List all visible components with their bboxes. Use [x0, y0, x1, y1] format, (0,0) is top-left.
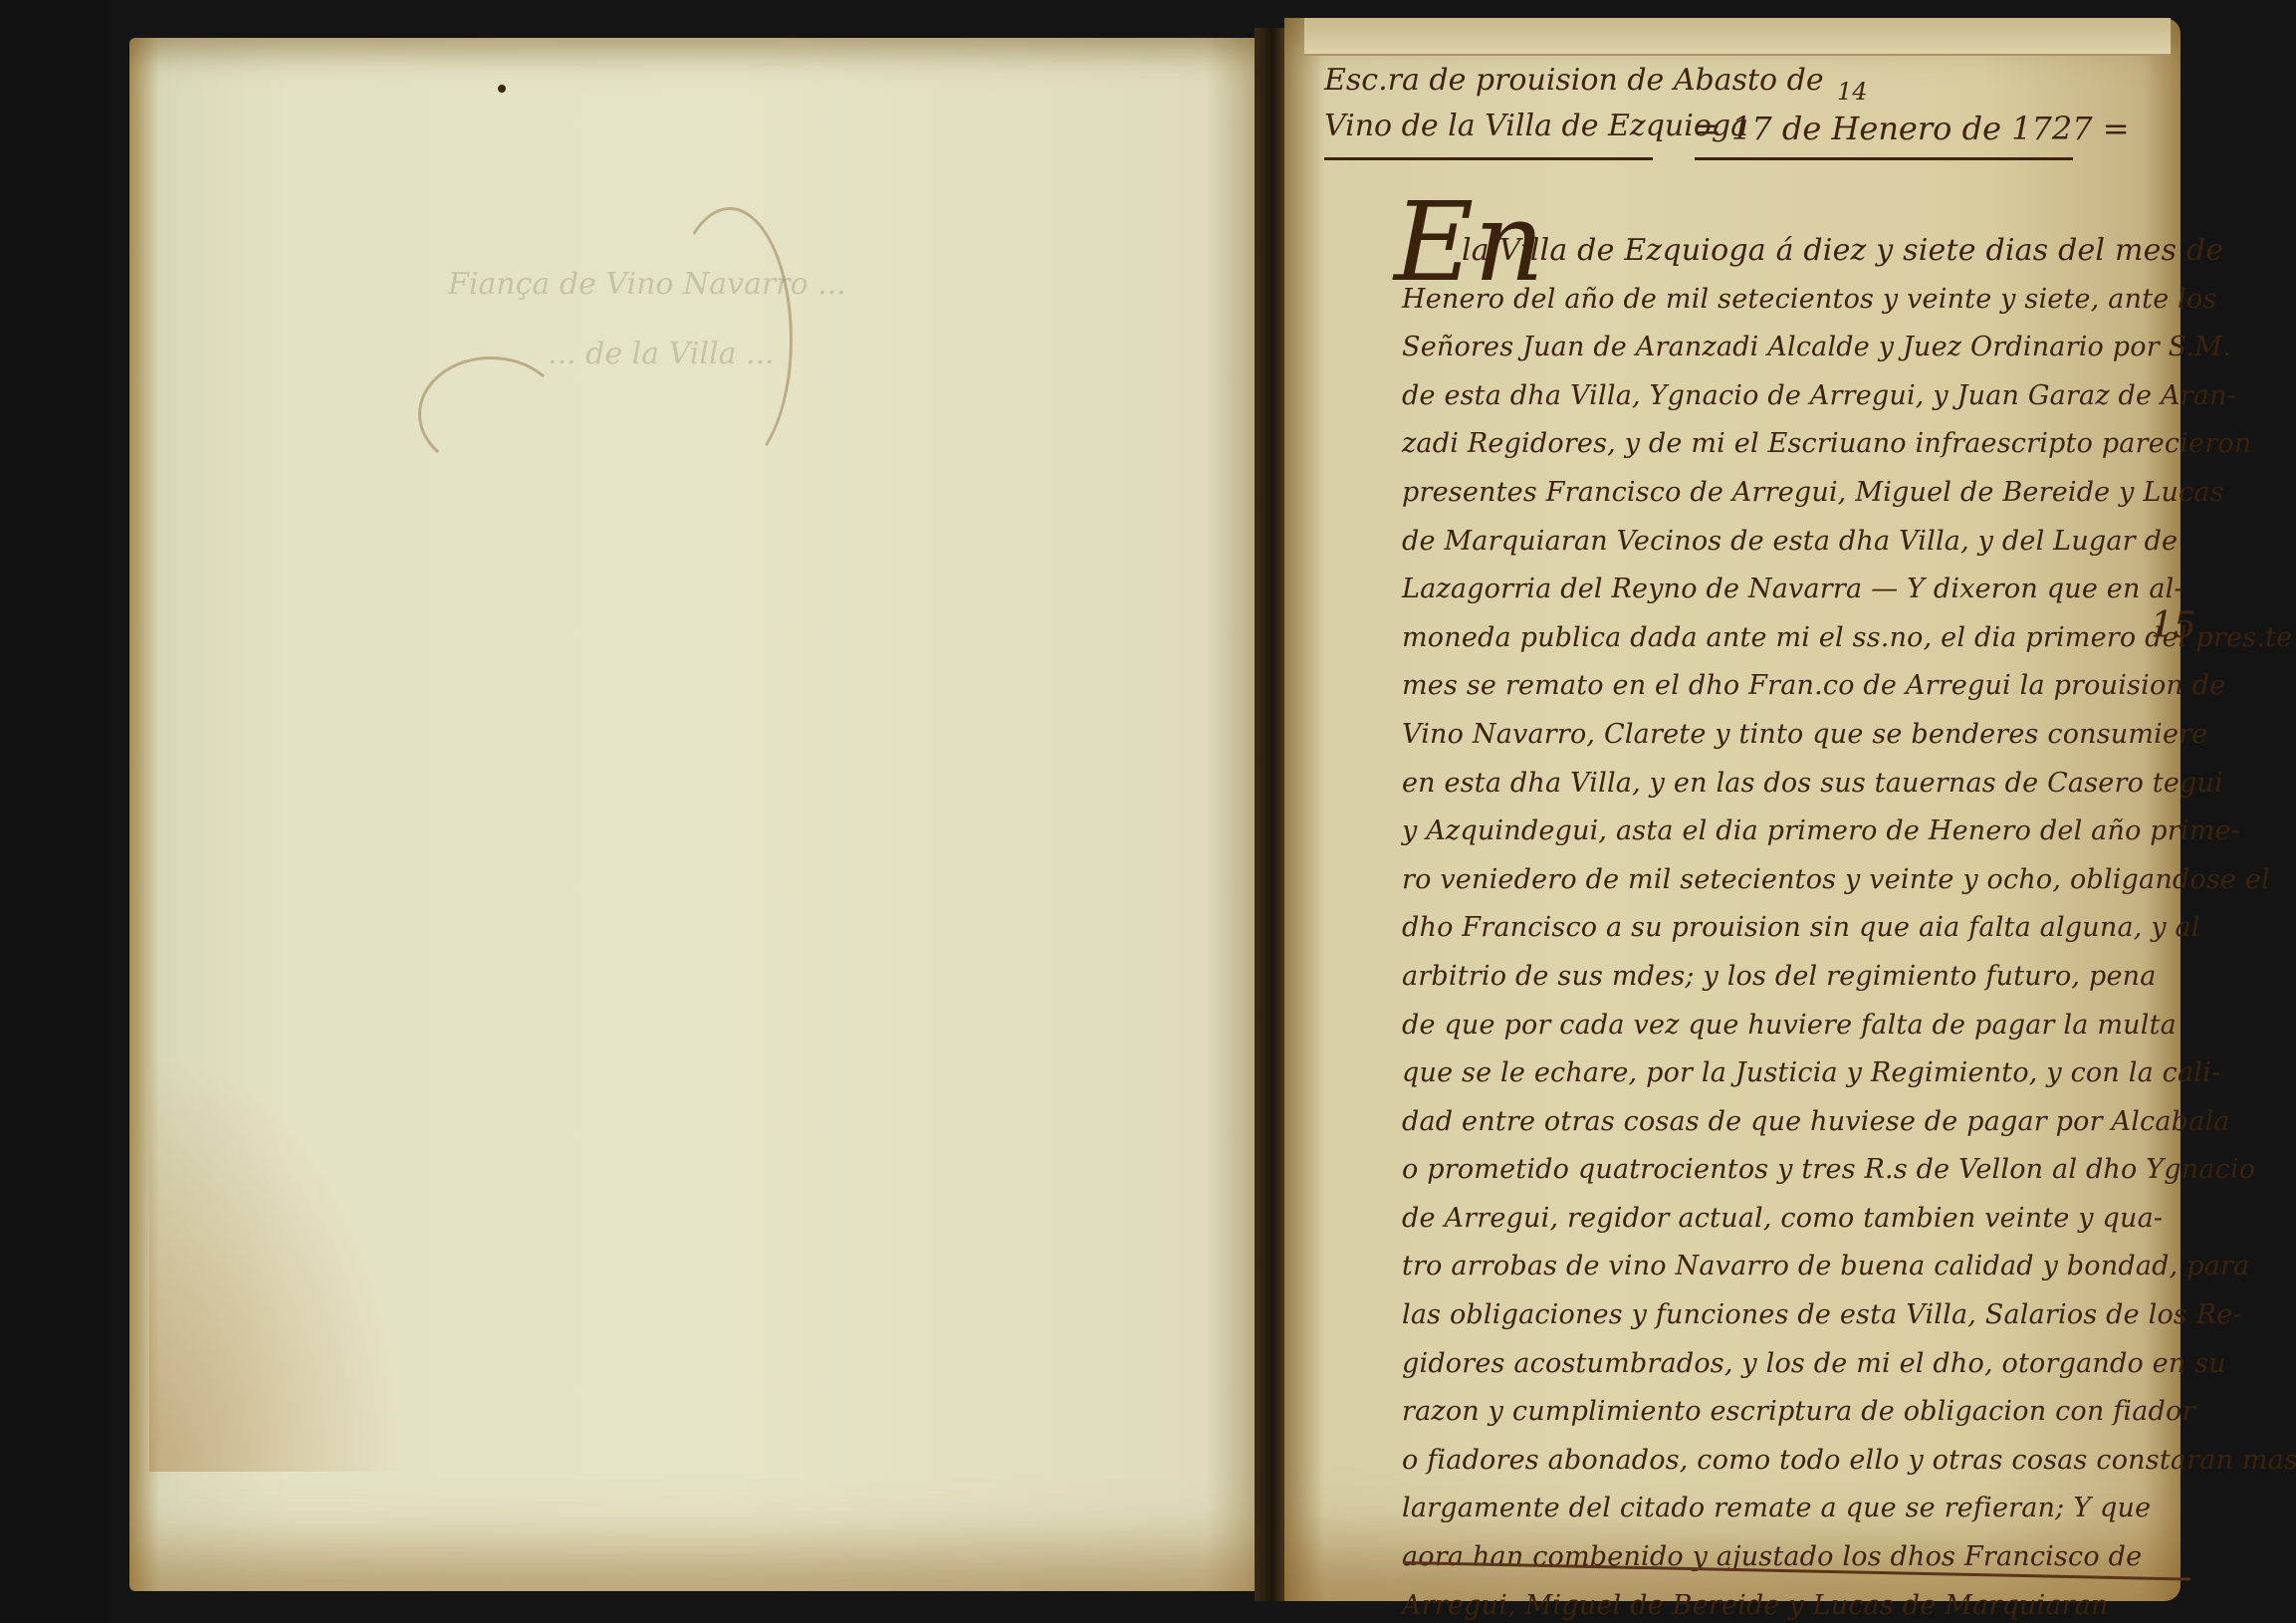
text-line: Lazagorria del Reyno de Navarra — Y dixe…: [1402, 566, 2169, 614]
text-line: presentes Francisco de Arregui, Miguel d…: [1402, 469, 2169, 518]
manuscript-body: En la Villa de Ezquioga á diez y siete d…: [1402, 227, 2169, 1623]
bleed-through-flourish: [418, 356, 564, 472]
text-line: zadi Regidores, y de mi el Escriuano inf…: [1402, 420, 2169, 469]
scan-background: [0, 0, 110, 1623]
text-line: moneda publica dada ante mi el ss.no, el…: [1402, 614, 2169, 663]
text-line: o prometido quatrocientos y tres R.s de …: [1402, 1146, 2169, 1195]
text-line: Vino Navarro, Clarete y tinto que se ben…: [1402, 711, 2169, 760]
drop-cap: En: [1394, 187, 1544, 297]
text-line: de Marquiaran Vecinos de esta dha Villa,…: [1402, 518, 2169, 567]
text-line: en esta dha Villa, y en las dos sus taue…: [1402, 760, 2169, 809]
ink-blot: [498, 85, 506, 93]
text-line: las obligaciones y funciones de esta Vil…: [1402, 1291, 2169, 1340]
text-line: que se le echare, por la Justicia y Regi…: [1402, 1049, 2169, 1098]
right-page: Esc.ra de prouision de Abasto de Vino de…: [1284, 18, 2181, 1601]
left-page: Fiança de Vino Navarro ... ... de la Vil…: [129, 38, 1255, 1591]
water-stain: [149, 1053, 408, 1472]
text-line: y Azquindegui, asta el dia primero de He…: [1402, 808, 2169, 856]
text-line: Arregui, Miguel de Bereide y Lucas de Ma…: [1402, 1582, 2169, 1623]
heading-line-1: Esc.ra de prouision de Abasto de: [1324, 58, 1653, 104]
page-top-edge: [1304, 18, 2171, 56]
text-line: largamente del citado remate a que se re…: [1402, 1485, 2169, 1533]
text-line: dad entre otras cosas de que huviese de …: [1402, 1098, 2169, 1147]
heading-title-block: Esc.ra de prouision de Abasto de Vino de…: [1324, 58, 1653, 160]
text-line: de Arregui, regidor actual, como tambien…: [1402, 1195, 2169, 1244]
text-line: mes se remato en el dho Fran.co de Arreg…: [1402, 662, 2169, 711]
text-line: arbitrio de sus mdes; y los del regimien…: [1402, 953, 2169, 1002]
text-line: ro veniedero de mil setecientos y veinte…: [1402, 856, 2169, 905]
heading-date: = 17 de Henero de 1727 =: [1695, 110, 2073, 160]
manuscript-spread: Fiança de Vino Navarro ... ... de la Vil…: [100, 8, 2200, 1613]
margin-numeral: 15: [2151, 605, 2196, 646]
folio-number: 14: [1837, 78, 1868, 106]
document-heading: Esc.ra de prouision de Abasto de Vino de…: [1324, 58, 2101, 187]
text-line: de esta dha Villa, Ygnacio de Arregui, y…: [1402, 372, 2169, 421]
text-line: dho Francisco a su prouision sin que aia…: [1402, 904, 2169, 953]
text-line: tro arrobas de vino Navarro de buena cal…: [1402, 1243, 2169, 1291]
text-line: de que por cada vez que huviere falta de…: [1402, 1002, 2169, 1050]
bleed-through-flourish: [667, 207, 793, 472]
text-line: o fiadores abonados, como todo ello y ot…: [1402, 1437, 2169, 1486]
text-line: gidores acostumbrados, y los de mi el dh…: [1402, 1340, 2169, 1389]
heading-line-2: Vino de la Villa de Ezquioga: [1324, 104, 1653, 149]
text-line: Señores Juan de Aranzadi Alcalde y Juez …: [1402, 324, 2169, 372]
text-line: razon y cumplimiento escriptura de oblig…: [1402, 1388, 2169, 1437]
